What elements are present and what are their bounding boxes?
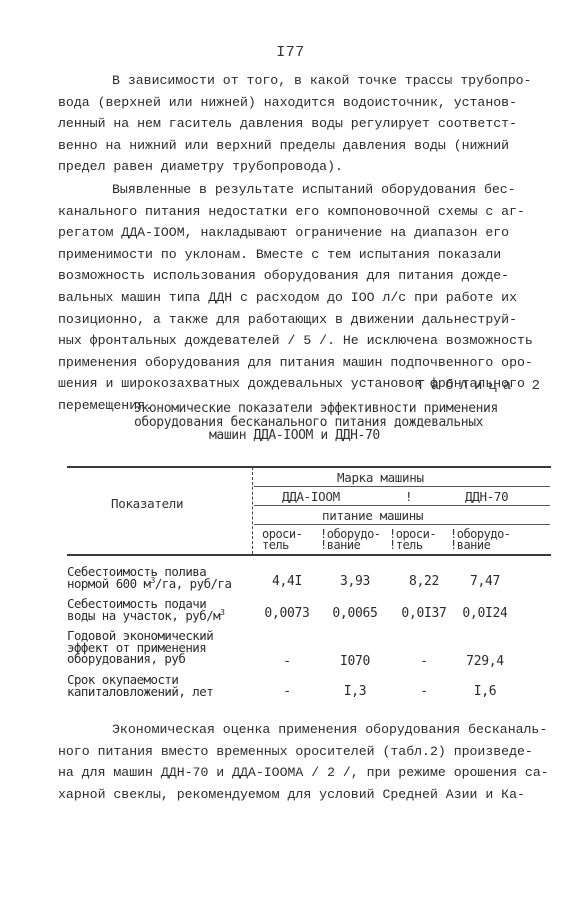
text-line: ного питания вместо временных оросителей…	[58, 741, 548, 763]
table-cell: 8,22	[389, 574, 459, 589]
header-supply: питание машины	[322, 508, 423, 523]
header-machine-brand: Марка машины	[337, 470, 424, 485]
table-cell: -	[389, 654, 459, 669]
text-line: харной свеклы, рекомендуемом для условий…	[58, 784, 548, 806]
text-line: Выявленные в результате испытаний оборуд…	[58, 179, 548, 201]
table-cell: 729,4	[450, 654, 520, 669]
text-line: регатом ДДА-IООМ, накладывают ограничени…	[58, 222, 548, 244]
row-label-payback-period: Срок окупаемости капиталовложений, лет	[67, 674, 213, 697]
table-cell: 0,0I37	[389, 606, 459, 621]
table-cell: -	[252, 654, 322, 669]
page-number: I77	[0, 44, 581, 61]
text-line: применимости по уклонам. Вместе с тем ис…	[58, 244, 548, 266]
text-line: В зависимости от того, в какой точке тра…	[58, 70, 548, 92]
header-col-1: ороси-тель	[262, 529, 302, 551]
header-machine-dda: ДДА-IООМ	[282, 489, 340, 504]
caption-line: Экономические показатели эффективности п…	[134, 402, 554, 416]
table-cell: 0,0065	[320, 606, 390, 621]
header-divider	[252, 467, 254, 554]
table-cell: -	[389, 684, 459, 699]
text-line: канального питания недостатки его компон…	[58, 201, 548, 223]
text-line: вальных машин типа ДДН с расходом до IОО…	[58, 287, 548, 309]
table-header-bottom-rule	[67, 554, 551, 556]
text-line: Экономическая оценка применения оборудов…	[58, 719, 548, 741]
text-line: венно на нижний или верхний пределы давл…	[58, 135, 548, 157]
row-label-annual-effect: Годовой экономический эффект от применен…	[67, 630, 213, 665]
header-machine-separator: !	[405, 489, 412, 504]
text-line: возможность использования оборудования д…	[58, 265, 548, 287]
text-line: ленный на нем гаситель давления воды рег…	[58, 113, 548, 135]
table-label: Таблица 2	[0, 378, 546, 394]
header-col-4: !оборудо-!вание	[450, 529, 511, 551]
table-cell: 3,93	[320, 574, 390, 589]
table-top-rule	[67, 466, 551, 468]
row-label-water-supply-cost: Себестоимость подачи воды на участок, ру…	[67, 598, 224, 621]
header-col-3: !ороси-!тель	[389, 529, 436, 551]
header-rule	[254, 505, 550, 506]
table-cell: I,3	[320, 684, 390, 699]
text-line: применения оборудования для питания маши…	[58, 352, 548, 374]
table-cell: I,6	[450, 684, 520, 699]
table-cell: 4,4I	[252, 574, 322, 589]
text-line: на для машин ДДН-70 и ДДА-IООМА / 2 /, п…	[58, 762, 548, 784]
table-cell: 0,0I24	[450, 606, 520, 621]
header-machine-ddn: ДДН-70	[465, 489, 508, 504]
caption-line: оборудования бесканального питания дожде…	[134, 416, 554, 430]
paragraph-water-source: В зависимости от того, в какой точке тра…	[58, 70, 548, 178]
table-cell: 7,47	[450, 574, 520, 589]
row-label-irrigation-cost: Себестоимость полива нормой 600 м3/га, р…	[67, 566, 231, 589]
text-line: предел равен диаметру трубопровода).	[58, 156, 548, 178]
header-col-2: !оборудо-!вание	[320, 529, 381, 551]
table-cell: -	[252, 684, 322, 699]
paragraph-economic-evaluation: Экономическая оценка применения оборудов…	[58, 719, 548, 805]
table-cell: 0,0073	[252, 606, 322, 621]
text-line: позиционно, а также для работающих в дви…	[58, 309, 548, 331]
header-indicators: Показатели	[111, 496, 183, 511]
table-caption: Экономические показатели эффективности п…	[134, 402, 554, 443]
caption-line: машин ДДА-IООМ и ДДН-70	[134, 429, 554, 443]
header-rule	[254, 524, 550, 525]
text-line: ных фронтальных дождевателей / 5 /. Не и…	[58, 330, 548, 352]
header-rule	[254, 486, 550, 487]
text-line: вода (верхней или нижней) находится водо…	[58, 92, 548, 114]
table-cell: I070	[320, 654, 390, 669]
